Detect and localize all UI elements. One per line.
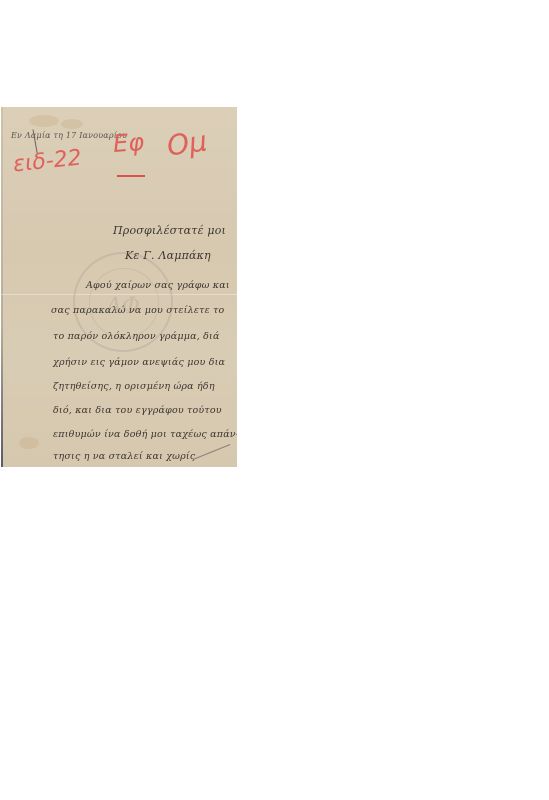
body-line: τησις η να σταλεί και χωρίς: [53, 451, 195, 462]
red-annotation-middle: Εφ: [112, 128, 145, 158]
body-line: σας παρακαλώ να μου στείλετε το: [51, 305, 224, 316]
red-annotation-number: ειδ-22: [12, 145, 83, 177]
red-annotation-right: Ομ: [165, 124, 209, 162]
paper-stain: [29, 115, 59, 127]
scanned-letter-page: ΑΦ Εν Λαμία τη 17 Ιανουαρίου ειδ-22 Εφ Ο…: [1, 107, 237, 467]
page-left-edge: [1, 107, 3, 467]
body-line: το παρόν ολόκληρον γράμμα, διά: [53, 331, 220, 342]
salutation-line-2: Κε Γ. Λαμπάκη: [125, 249, 211, 262]
body-line: επιθυμών ίνα δοθή μοι ταχέως απάν-: [53, 429, 237, 440]
paper-stain: [19, 437, 39, 449]
paper-stain: [61, 119, 83, 129]
body-line: ζητηθείσης, η ορισμένη ώρα ήδη: [53, 381, 215, 392]
body-line: χρήσιν εις γάμον ανεψιάς μου δια: [53, 357, 225, 368]
pen-stroke: [193, 444, 230, 460]
body-line: διό, και δια του εγγράφου τούτου: [53, 405, 222, 416]
body-line: Αφού χαίρων σας γράφω και: [86, 280, 230, 291]
salutation-line-1: Προσφιλέστατέ μοι: [113, 224, 226, 237]
header-note: Εν Λαμία τη 17 Ιανουαρίου: [11, 131, 127, 140]
red-underline: [117, 175, 145, 177]
